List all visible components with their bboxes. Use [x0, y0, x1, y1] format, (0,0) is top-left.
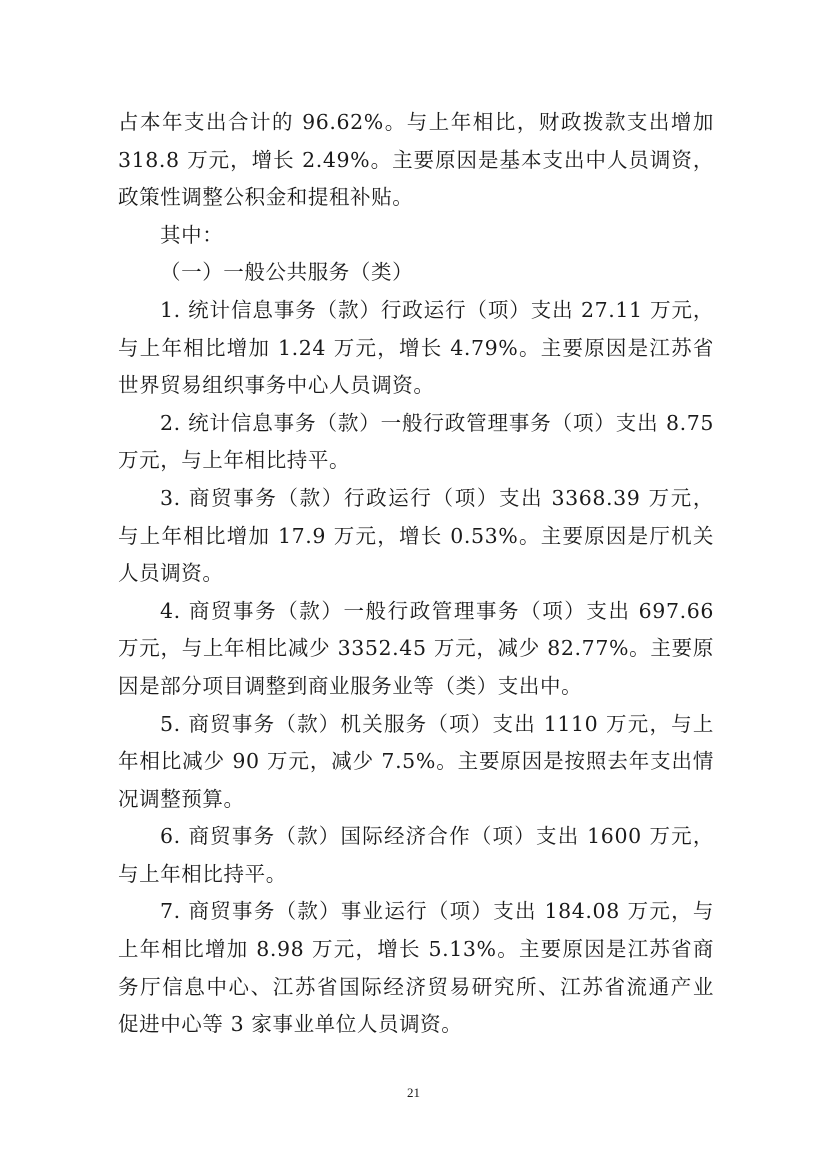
item-1-line: 世界贸易组织事务中心人员调资。	[118, 367, 714, 405]
item-7-line: 上年相比增加 8.98 万元，增长 5.13%。主要原因是江苏省商	[118, 931, 714, 969]
document-body: 占本年支出合计的 96.62%。与上年相比，财政拨款支出增加 318.8 万元，…	[118, 104, 714, 1044]
item-4-line: 因是部分项目调整到商业服务业等（类）支出中。	[118, 668, 714, 706]
among-them-label: 其中：	[118, 217, 714, 255]
page-number: 21	[0, 1085, 827, 1101]
item-3-line: 3. 商贸事务（款）行政运行（项）支出 3368.39 万元，	[118, 480, 714, 518]
item-5-line: 况调整预算。	[118, 781, 714, 819]
document-page: 占本年支出合计的 96.62%。与上年相比，财政拨款支出增加 318.8 万元，…	[0, 0, 827, 1169]
item-1-line: 1. 统计信息事务（款）行政运行（项）支出 27.11 万元，	[118, 292, 714, 330]
item-5-line: 5. 商贸事务（款）机关服务（项）支出 1110 万元，与上	[118, 706, 714, 744]
item-7-line: 务厅信息中心、江苏省国际经济贸易研究所、江苏省流通产业	[118, 969, 714, 1007]
section-heading: （一）一般公共服务（类）	[118, 254, 714, 292]
item-2-line: 万元，与上年相比持平。	[118, 442, 714, 480]
item-3-line: 与上年相比增加 17.9 万元，增长 0.53%。主要原因是厅机关	[118, 518, 714, 556]
paragraph-line: 318.8 万元，增长 2.49%。主要原因是基本支出中人员调资，	[118, 142, 714, 180]
paragraph-line: 政策性调整公积金和提租补贴。	[118, 179, 714, 217]
item-3-line: 人员调资。	[118, 555, 714, 593]
item-1-line: 与上年相比增加 1.24 万元，增长 4.79%。主要原因是江苏省	[118, 330, 714, 368]
item-4-line: 万元，与上年相比减少 3352.45 万元，减少 82.77%。主要原	[118, 630, 714, 668]
item-4-line: 4. 商贸事务（款）一般行政管理事务（项）支出 697.66	[118, 593, 714, 631]
item-2-line: 2. 统计信息事务（款）一般行政管理事务（项）支出 8.75	[118, 405, 714, 443]
paragraph-line: 占本年支出合计的 96.62%。与上年相比，财政拨款支出增加	[118, 104, 714, 142]
item-6-line: 与上年相比持平。	[118, 856, 714, 894]
item-5-line: 年相比减少 90 万元，减少 7.5%。主要原因是按照去年支出情	[118, 743, 714, 781]
item-7-line: 7. 商贸事务（款）事业运行（项）支出 184.08 万元，与	[118, 893, 714, 931]
item-6-line: 6. 商贸事务（款）国际经济合作（项）支出 1600 万元，	[118, 818, 714, 856]
item-7-line: 促进中心等 3 家事业单位人员调资。	[118, 1006, 714, 1044]
